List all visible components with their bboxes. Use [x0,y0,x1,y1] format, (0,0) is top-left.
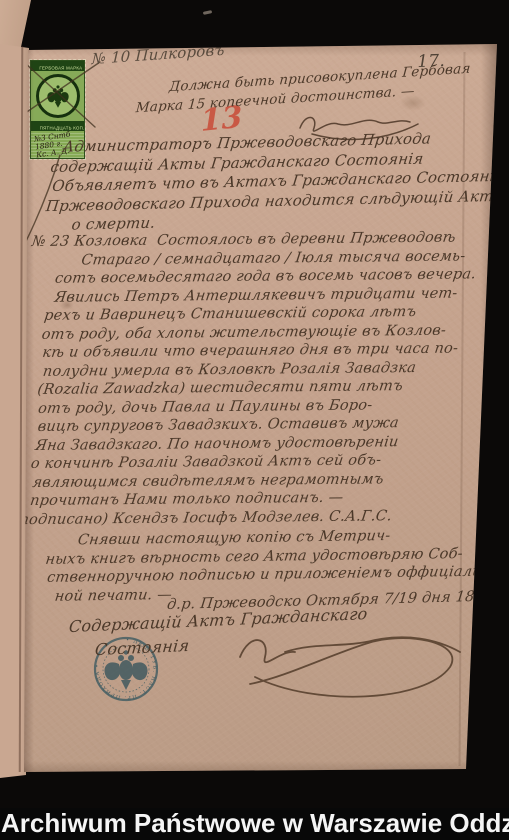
archive-banner-text: Archiwum Państwowe w Warszawie Oddział w… [1,808,509,839]
body-line: (подписано) Ксендзъ Іосифъ Модзелев. С.А… [13,506,446,529]
document-page: • ЛЮБ. ГУБ. НАСТ. ПР. ПРИХОДА • ГЕРБОВАЯ… [0,0,509,840]
underlying-page-corner [0,0,34,47]
act-heading: Администраторъ Пржеводовскаго Приходасод… [41,128,509,236]
scan-debris [203,10,212,15]
archive-scan: • ЛЮБ. ГУБ. НАСТ. ПР. ПРИХОДА • ГЕРБОВАЯ… [0,0,509,840]
closing-title-line-2: Состоянія [94,636,190,659]
file-number-annotation: № 10 Пилкоровъ [91,41,225,68]
administrator-signature-flourish [225,622,480,707]
death-act-body: № 23 Козловка Состоялось въ деревни Прже… [0,228,482,529]
archive-banner: Archiwum Państwowe w Warszawie Oddział w… [0,808,509,840]
